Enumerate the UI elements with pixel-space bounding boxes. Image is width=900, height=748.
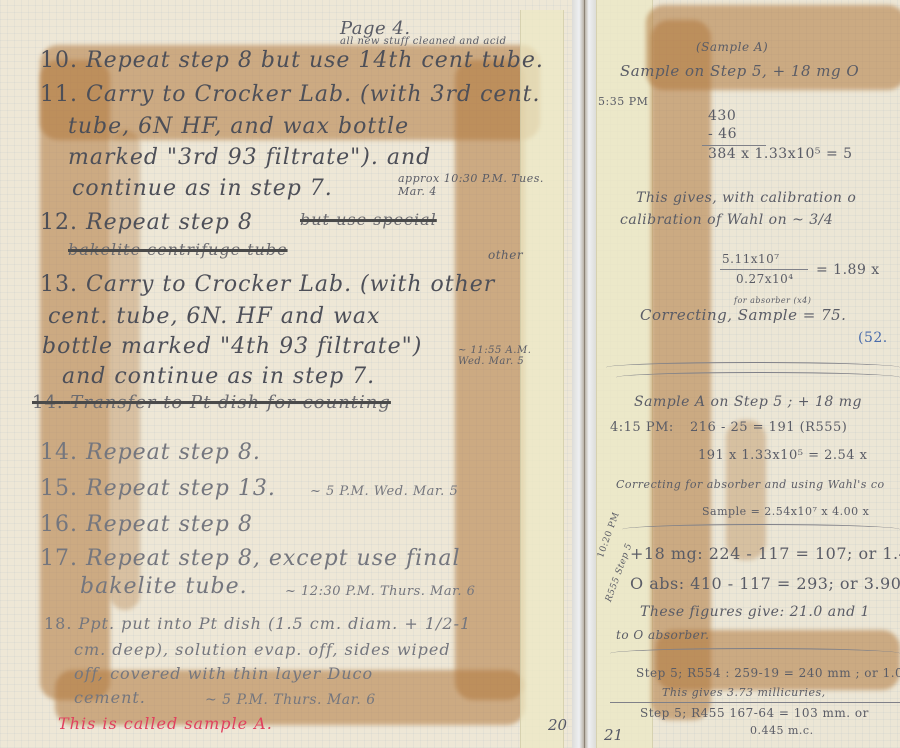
calc-191: 191 x 1.33x10⁵ = 2.54 x — [698, 448, 868, 463]
step-11: 11. Carry to Crocker Lab. (with 3rd cent… — [40, 82, 540, 107]
line-these-figures: These figures give: 21.0 and 1 — [640, 604, 870, 620]
step-18-cont-3: cement. — [74, 688, 146, 707]
step-12-struck-2: bakelite centrifuge tube — [68, 240, 288, 259]
right-notebook-page: (Sample A) Sample on Step 5, + 18 mg O 5… — [596, 0, 900, 748]
calc-430: 430 — [708, 108, 736, 124]
fraction-denominator: 0.27x10⁴ — [736, 272, 794, 286]
timestamp-step-18: ~ 5 P.M. Thurs. Mar. 6 — [205, 692, 376, 708]
calc-384: 384 x 1.33x10⁵ = 5 — [708, 146, 853, 162]
line-correcting-wahl: Correcting for absorber and using Wahl's… — [616, 478, 885, 491]
step-10: 10. Repeat step 8 but use 14th cent tube… — [40, 48, 544, 73]
step-15: 15. Repeat step 13. — [40, 476, 276, 501]
step-13-cont-3: and continue as in step 7. — [62, 364, 375, 389]
time-415pm: 4:15 PM: — [610, 420, 674, 435]
result-o-abs: O abs: 410 - 117 = 293; or 3.90 — [630, 574, 900, 593]
sample-a-label: (Sample A) — [696, 40, 768, 54]
time-535pm: 5:35 PM — [598, 95, 648, 108]
line-o-absorber: to O absorber. — [616, 628, 709, 642]
line-correcting: Correcting, Sample = 75. — [640, 306, 846, 324]
line-sample-calc: Sample = 2.54x10⁷ x 4.00 x — [702, 505, 869, 518]
insertion-other: other — [488, 248, 523, 262]
step-11-cont-1: tube, 6N HF, and wax bottle — [68, 114, 409, 139]
step-14: 14. Repeat step 8. — [40, 440, 261, 465]
wavy-divider-2 — [622, 524, 900, 535]
line-this-gives: This gives, with calibration o — [636, 190, 856, 206]
sample-a-annotation: This is called sample A. — [58, 714, 273, 733]
step-13: 13. Carry to Crocker Lab. (with other — [40, 272, 495, 297]
page-number-right: 21 — [604, 726, 623, 744]
calc-216-25: 216 - 25 = 191 (R555) — [690, 420, 847, 435]
step-17: 17. Repeat step 8, except use final — [40, 546, 461, 571]
header-note: all new stuff cleaned and acid — [340, 36, 507, 47]
step-16: 16. Repeat step 8 — [40, 512, 253, 537]
timestamp-step-13: ~ 11:55 A.M. Wed. Mar. 5 — [458, 345, 558, 367]
line-r554: Step 5; R554 : 259-19 = 240 mm ; or 1.0 — [636, 666, 900, 680]
tape-strip — [520, 10, 564, 748]
step-12-struck-1: but use special — [300, 210, 437, 229]
step-13-cont-1: cent. tube, 6N. HF and wax — [48, 304, 380, 329]
left-notebook-page: Page 4. all new stuff cleaned and acid 1… — [0, 0, 572, 748]
timestamp-step-11: approx 10:30 P.M. Tues. Mar. 4 — [398, 172, 548, 198]
fraction-numerator: 5.11x10⁷ — [722, 252, 780, 266]
step-14-struck: 14. Transfer to Pt dish for counting — [32, 392, 391, 413]
absorber-note: for absorber (x4) — [734, 296, 811, 305]
step-17-cont: bakelite tube. — [80, 574, 248, 599]
stain-right — [455, 60, 525, 700]
step-13-cont-2: bottle marked "4th 93 filtrate") — [42, 334, 422, 359]
wavy-divider-1b — [616, 372, 900, 383]
line-sample-step5: Sample on Step 5, + 18 mg O — [620, 62, 859, 80]
timestamp-step-15: ~ 5 P.M. Wed. Mar. 5 — [310, 484, 458, 499]
line-calibration: calibration of Wahl on ~ 3/4 — [620, 212, 833, 228]
blue-value: (52. — [858, 330, 888, 346]
result-18mg: +18 mg: 224 - 117 = 107; or 1.42 — [630, 544, 900, 563]
line-r455: Step 5; R455 167-64 = 103 mm. or — [640, 706, 869, 720]
step-18: 18. Ppt. put into Pt dish (1.5 cm. diam.… — [44, 614, 471, 633]
wavy-divider-3 — [610, 648, 900, 659]
line-millicuries: This gives 3.73 millicuries, — [662, 686, 826, 699]
step-18-cont-2: off, covered with thin layer Duco — [74, 664, 373, 683]
fraction-result: = 1.89 x — [816, 262, 880, 278]
timestamp-step-17: ~ 12:30 P.M. Thurs. Mar. 6 — [285, 584, 475, 599]
page-number-left: 20 — [548, 716, 567, 734]
line-sample-a-step5: Sample A on Step 5 ; + 18 mg — [634, 394, 862, 410]
fraction-bar — [720, 269, 808, 270]
line-0445mc: 0.445 m.c. — [750, 724, 814, 737]
step-12: 12. Repeat step 8 — [40, 210, 253, 235]
step-11-cont-2: marked "3rd 93 filtrate"). and — [68, 145, 431, 170]
calc-minus-46: - 46 — [708, 126, 737, 142]
notebook-spine — [572, 0, 596, 748]
step-18-cont-1: cm. deep), solution evap. off, sides wip… — [74, 640, 451, 659]
divider-line — [610, 702, 900, 703]
step-11-cont-3: continue as in step 7. — [72, 176, 333, 201]
